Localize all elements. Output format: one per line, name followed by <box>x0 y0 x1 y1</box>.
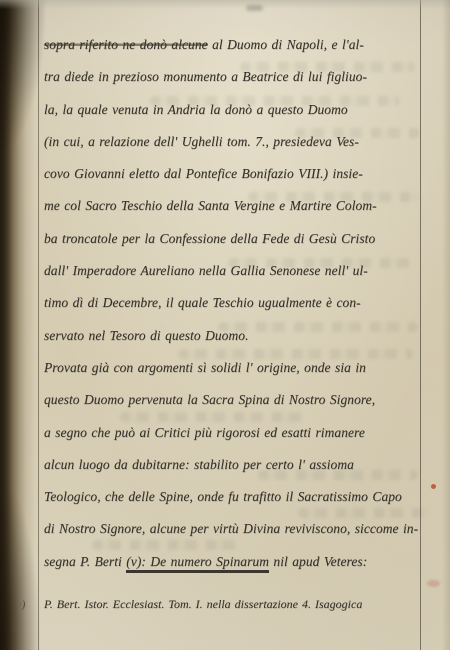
manuscript-line: alcun luogo da dubitarne: stabilito per … <box>44 449 442 481</box>
pink-smudge <box>427 580 440 587</box>
line-text: di Nostro Signore, alcune per virtù Divi… <box>44 521 418 536</box>
struck-text: sopra riferito ne donò alcune <box>44 37 208 52</box>
footnote-text: P. Bert. Istor. Ecclesiast. Tom. I. nell… <box>44 590 362 618</box>
line-text: servato nel Tesoro di questo Duomo. <box>44 328 249 343</box>
page-right-edge <box>442 0 450 650</box>
manuscript-line: covo Giovanni eletto dal Pontefice Bonif… <box>44 158 442 190</box>
line-text: Provata già con argomenti sì solidi l' o… <box>44 360 366 375</box>
line-text: me col Sacro Teschio della Santa Vergine… <box>44 198 377 213</box>
manuscript-line: di Nostro Signore, alcune per virtù Divi… <box>44 513 442 545</box>
line-text: questo Duomo pervenuta la Sacra Spina di… <box>44 392 375 407</box>
red-ink-stain <box>431 484 436 489</box>
page-top-edge <box>0 0 450 9</box>
manuscript-line: me col Sacro Teschio della Santa Vergine… <box>44 190 442 222</box>
manuscript-line: a segno che può ai Critici più rigorosi … <box>44 417 442 449</box>
manuscript-line: sopra riferito ne donò alcune al Duomo d… <box>44 29 442 61</box>
manuscript-line: servato nel Tesoro di questo Duomo. <box>44 320 442 352</box>
line-text: tra diede in prezioso monumento a Beatri… <box>44 69 367 84</box>
manuscript-line: segna P. Berti (v): De numero Spinarum n… <box>44 546 442 578</box>
manuscript-text-block: sopra riferito ne donò alcune al Duomo d… <box>44 29 442 578</box>
line-text: covo Giovanni eletto dal Pontefice Bonif… <box>44 166 363 181</box>
manuscript-line: ba troncatole per la Confessione della F… <box>44 223 442 255</box>
line-text: (in cui, a relazione dell' Ughelli tom. … <box>44 134 359 149</box>
line-text: a segno che può ai Critici più rigorosi … <box>44 425 365 440</box>
gray-smudge <box>246 5 263 11</box>
binding-shadow-top <box>0 0 46 150</box>
manuscript-line: Provata già con argomenti sì solidi l' o… <box>44 352 442 384</box>
line-text: Teologico, che delle Spine, onde fu traf… <box>44 489 402 504</box>
footnote: (v) P. Bert. Istor. Ecclesiast. Tom. I. … <box>0 590 442 618</box>
line-text: alcun luogo da dubitarne: stabilito per … <box>44 457 354 472</box>
manuscript-line: la, la quale venuta in Andria la donò a … <box>44 94 442 126</box>
line-text: dall' Imperadore Aureliano nella Gallia … <box>44 263 368 278</box>
underlined-citation-text: (v): De numero Spinarum <box>126 554 269 573</box>
manuscript-line: timo dì di Decembre, il quale Teschio ug… <box>44 287 442 319</box>
manuscript-line: dall' Imperadore Aureliano nella Gallia … <box>44 255 442 287</box>
line-text: segna P. Berti <box>44 554 126 569</box>
line-text: la, la quale venuta in Andria la donò a … <box>44 102 348 117</box>
manuscript-line: (in cui, a relazione dell' Ughelli tom. … <box>44 126 442 158</box>
line-text: nil apud Veteres: <box>269 554 367 569</box>
manuscript-page: sopra riferito ne donò alcune al Duomo d… <box>0 0 450 650</box>
manuscript-line: tra diede in prezioso monumento a Beatri… <box>44 61 442 93</box>
manuscript-line: questo Duomo pervenuta la Sacra Spina di… <box>44 384 442 416</box>
line-text: ba troncatole per la Confessione della F… <box>44 231 375 246</box>
binding-shadow-bottom <box>0 480 40 650</box>
line-text: al Duomo di Napoli, e l'al- <box>208 37 364 52</box>
line-text: timo dì di Decembre, il quale Teschio ug… <box>44 295 361 310</box>
manuscript-line: Teologico, che delle Spine, onde fu traf… <box>44 481 442 513</box>
